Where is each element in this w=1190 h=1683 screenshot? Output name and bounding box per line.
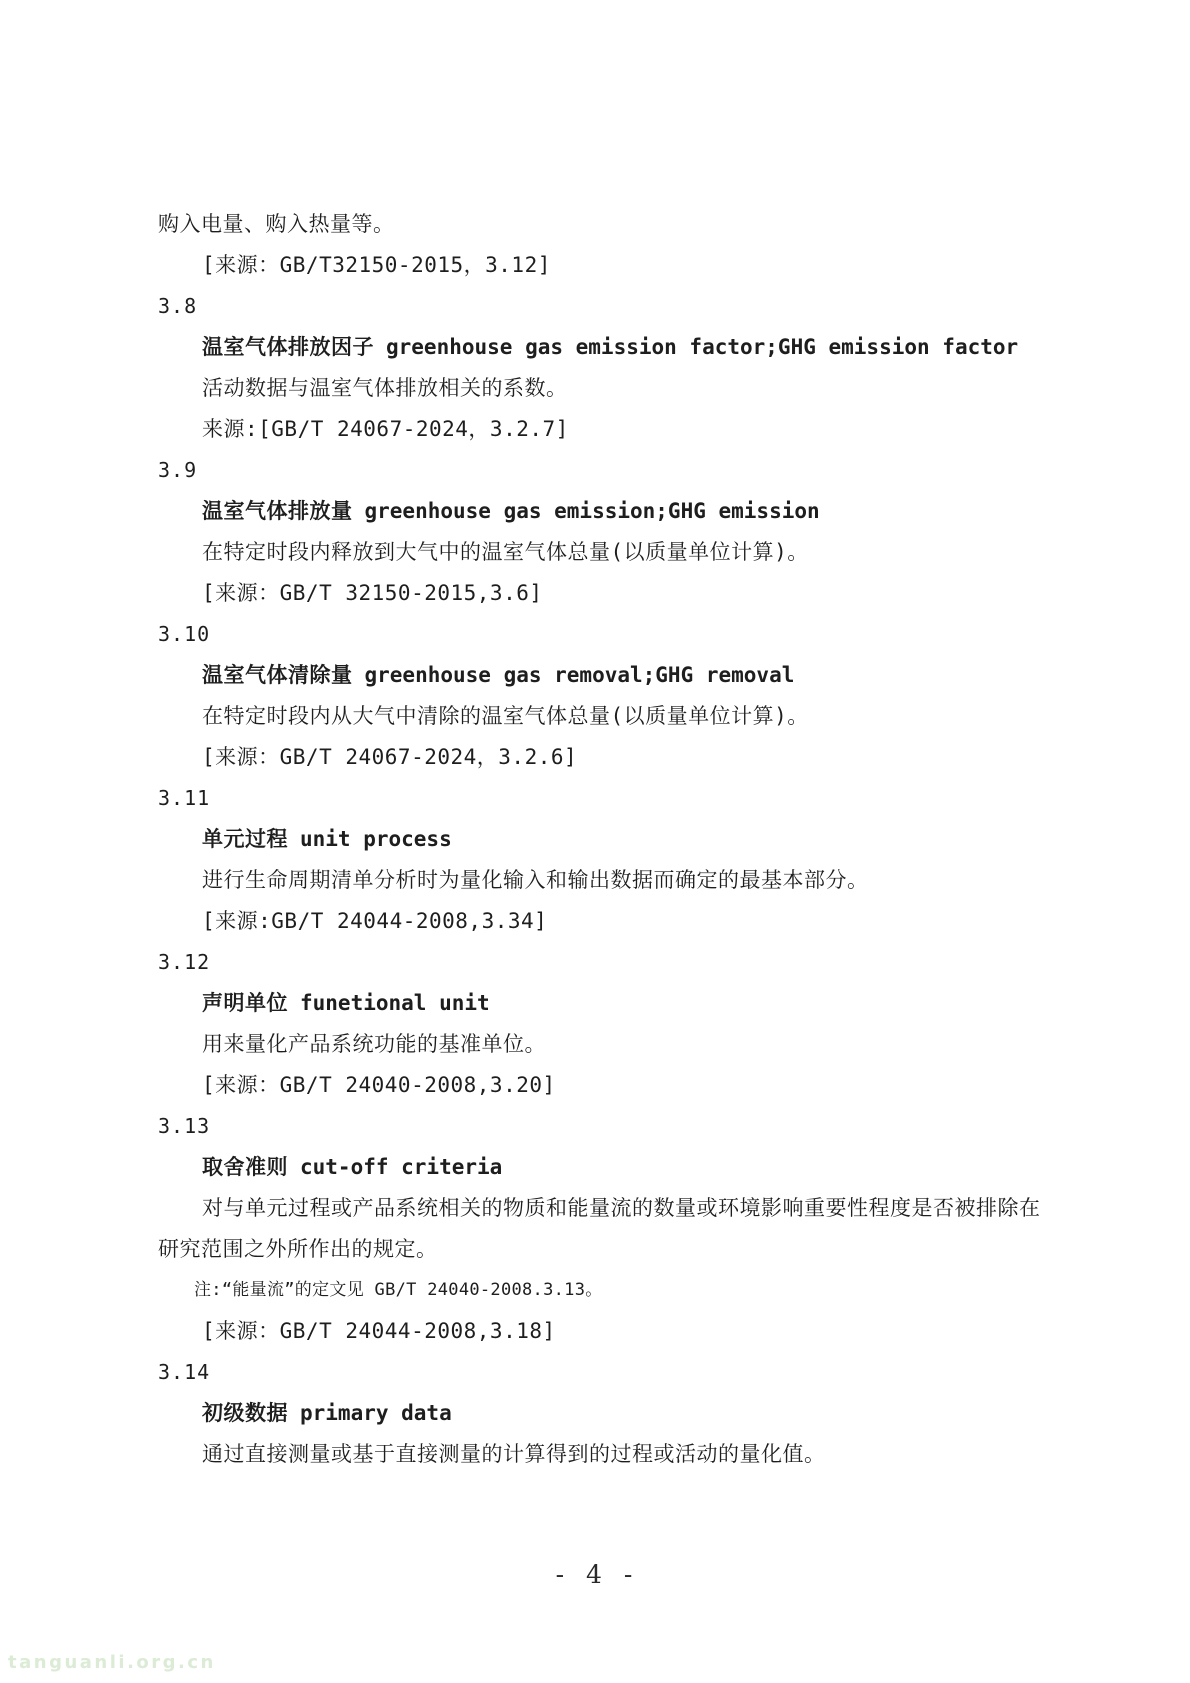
term-english: greenhouse gas removal;GHG removal (365, 663, 795, 687)
term-chinese: 温室气体清除量 (202, 663, 353, 687)
definition-text: 通过直接测量或基于直接测量的计算得到的过程或活动的量化值。 (158, 1434, 1043, 1475)
definition-text: 对与单元过程或产品系统相关的物质和能量流的数量或环境影响重要性程度是否被排除在研… (158, 1188, 1043, 1270)
term-heading: 取舍准则cut-off criteria (158, 1147, 1043, 1188)
section-3-9: 3.9 温室气体排放量greenhouse gas emission;GHG e… (158, 450, 1043, 614)
term-english: greenhouse gas emission factor;GHG emiss… (386, 335, 1018, 359)
source-reference: [来源：GB/T 24040-2008,3.20] (158, 1065, 1043, 1106)
section-number: 3.13 (158, 1106, 1043, 1147)
term-chinese: 温室气体排放量 (202, 499, 353, 523)
intro-source-reference: [来源：GB/T32150-2015，3.12] (158, 245, 1043, 286)
section-3-14: 3.14 初级数据primary data 通过直接测量或基于直接测量的计算得到… (158, 1352, 1043, 1475)
term-heading: 温室气体排放量greenhouse gas emission;GHG emiss… (158, 491, 1043, 532)
section-3-10: 3.10 温室气体清除量greenhouse gas removal;GHG r… (158, 614, 1043, 778)
definition-text: 在特定时段内释放到大气中的温室气体总量(以质量单位计算)。 (158, 532, 1043, 573)
term-chinese: 声明单位 (202, 991, 288, 1015)
source-reference: [来源：GB/T 24044-2008,3.18] (158, 1311, 1043, 1352)
definition-text: 进行生命周期清单分析时为量化输入和输出数据而确定的最基本部分。 (158, 860, 1043, 901)
intro-continuation-text: 购入电量、购入热量等。 (158, 204, 1043, 245)
term-english: greenhouse gas emission;GHG emission (365, 499, 820, 523)
section-number: 3.9 (158, 450, 1043, 491)
term-heading: 初级数据primary data (158, 1393, 1043, 1434)
watermark-text: tanguanli.org.cn (8, 1652, 216, 1673)
source-reference: [来源：GB/T 24067-2024，3.2.6] (158, 737, 1043, 778)
term-chinese: 初级数据 (202, 1401, 288, 1425)
section-number: 3.8 (158, 286, 1043, 327)
source-reference: 来源:[GB/T 24067-2024，3.2.7] (158, 409, 1043, 450)
section-number: 3.11 (158, 778, 1043, 819)
note-text: 注:“能量流”的定文见 GB/T 24040-2008.3.13。 (158, 1270, 1043, 1311)
term-english: cut-off criteria (300, 1155, 502, 1179)
definition-text: 用来量化产品系统功能的基准单位。 (158, 1024, 1043, 1065)
section-3-8: 3.8 温室气体排放因子greenhouse gas emission fact… (158, 286, 1043, 450)
section-number: 3.10 (158, 614, 1043, 655)
section-3-11: 3.11 单元过程unit process 进行生命周期清单分析时为量化输入和输… (158, 778, 1043, 942)
definition-text: 活动数据与温室气体排放相关的系数。 (158, 368, 1043, 409)
term-heading: 温室气体排放因子greenhouse gas emission factor;G… (158, 327, 1043, 368)
term-chinese: 单元过程 (202, 827, 288, 851)
term-english: funetional unit (300, 991, 490, 1015)
definition-text: 在特定时段内从大气中清除的温室气体总量(以质量单位计算)。 (158, 696, 1043, 737)
term-english: unit process (300, 827, 452, 851)
section-number: 3.14 (158, 1352, 1043, 1393)
term-chinese: 温室气体排放因子 (202, 335, 374, 359)
source-reference: [来源:GB/T 24044-2008,3.34] (158, 901, 1043, 942)
term-english: primary data (300, 1401, 452, 1425)
source-reference: [来源：GB/T 32150-2015,3.6] (158, 573, 1043, 614)
term-heading: 温室气体清除量greenhouse gas removal;GHG remova… (158, 655, 1043, 696)
section-3-13: 3.13 取舍准则cut-off criteria 对与单元过程或产品系统相关的… (158, 1106, 1043, 1352)
term-heading: 单元过程unit process (158, 819, 1043, 860)
page-content: 购入电量、购入热量等。 [来源：GB/T32150-2015，3.12] 3.8… (158, 204, 1043, 1475)
section-number: 3.12 (158, 942, 1043, 983)
term-heading: 声明单位funetional unit (158, 983, 1043, 1024)
page-number: - 4 - (0, 1560, 1190, 1589)
section-3-12: 3.12 声明单位funetional unit 用来量化产品系统功能的基准单位… (158, 942, 1043, 1106)
document-page: 购入电量、购入热量等。 [来源：GB/T32150-2015，3.12] 3.8… (0, 0, 1190, 1683)
term-chinese: 取舍准则 (202, 1155, 288, 1179)
